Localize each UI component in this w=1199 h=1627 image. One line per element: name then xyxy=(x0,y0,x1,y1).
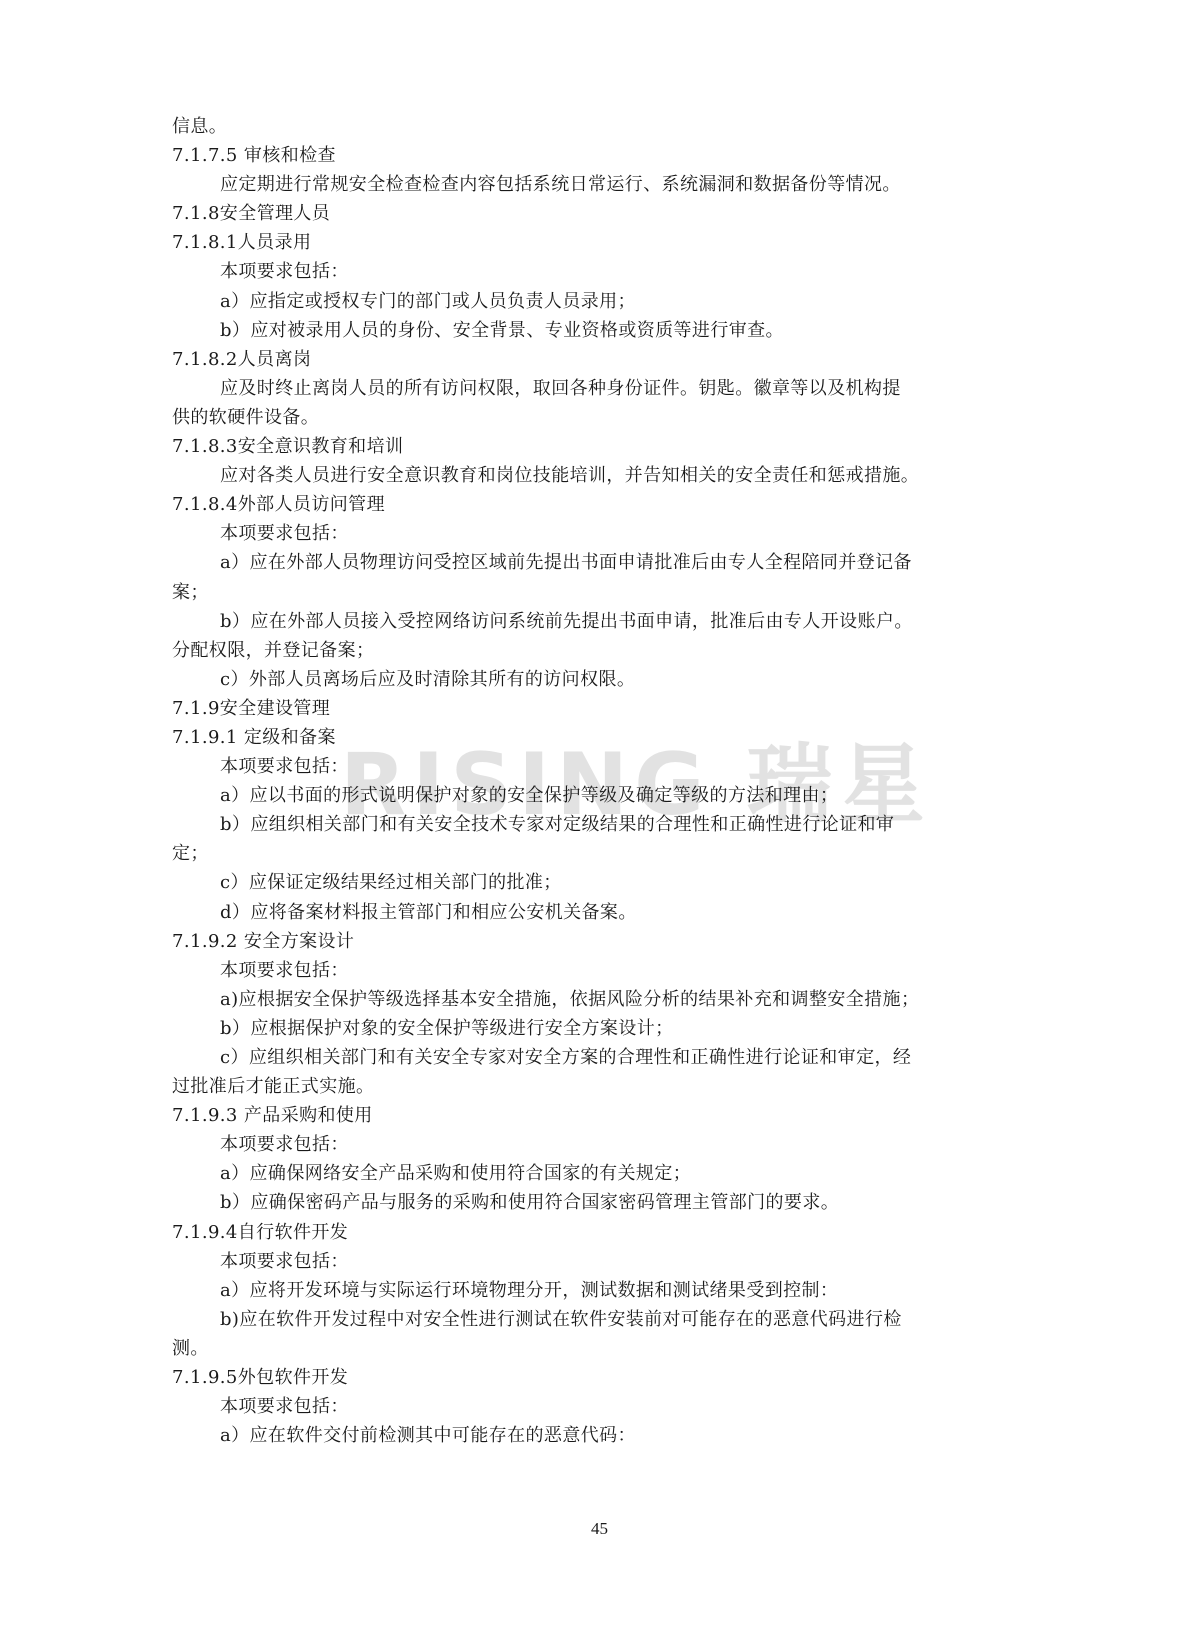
list-item: b）应对被录用人员的身份、安全背景、专业资格或资质等进行审查。 xyxy=(172,316,992,345)
paragraph: 本项要求包括： xyxy=(172,519,992,548)
paragraph: 本项要求包括： xyxy=(172,752,992,781)
section-heading-7-1-9-3: 7.1.9.3 产品采购和使用 xyxy=(172,1101,992,1130)
list-item: b）应根据保护对象的安全保护等级进行安全方案设计； xyxy=(172,1014,992,1043)
list-item: a）应在外部人员物理访问受控区域前先提出书面申请批准后由专人全程陪同并登记备 xyxy=(172,548,992,577)
section-heading-7-1-8-1: 7.1.8.1人员录用 xyxy=(172,228,992,257)
document-page: RISING 瑞星 信息。 7.1.7.5 审核和检查 应定期进行常规安全检查检… xyxy=(0,0,1199,1627)
continuation-line: 供的软硬件设备。 xyxy=(172,403,992,432)
paragraph: 本项要求包括： xyxy=(172,257,992,286)
list-item: a)应根据安全保护等级选择基本安全措施，依据风险分析的结果补充和调整安全措施； xyxy=(172,985,992,1014)
paragraph: 应对各类人员进行安全意识教育和岗位技能培训，并告知相关的安全责任和惩戒措施。 xyxy=(172,461,992,490)
list-item: b）应组织相关部门和有关安全技术专家对定级结果的合理性和正确性进行论证和审 xyxy=(172,810,992,839)
section-heading-7-1-9-5: 7.1.9.5外包软件开发 xyxy=(172,1363,992,1392)
list-item: c）应保证定级结果经过相关部门的批准； xyxy=(172,868,992,897)
list-item: a）应指定或授权专门的部门或人员负责人员录用； xyxy=(172,287,992,316)
section-heading-7-1-9-4: 7.1.9.4自行软件开发 xyxy=(172,1218,992,1247)
paragraph: 本项要求包括： xyxy=(172,1392,992,1421)
section-heading-7-1-8-3: 7.1.8.3安全意识教育和培训 xyxy=(172,432,992,461)
continuation-line: 案； xyxy=(172,578,992,607)
document-body: 信息。 7.1.7.5 审核和检查 应定期进行常规安全检查检查内容包括系统日常运… xyxy=(172,112,992,1450)
paragraph: 本项要求包括： xyxy=(172,1130,992,1159)
list-item: b)应在软件开发过程中对安全性进行测试在软件安装前对可能存在的恶意代码进行检 xyxy=(172,1305,992,1334)
paragraph: 应定期进行常规安全检查检查内容包括系统日常运行、系统漏洞和数据备份等情况。 xyxy=(172,170,992,199)
list-item: c）外部人员离场后应及时清除其所有的访问权限。 xyxy=(172,665,992,694)
list-item: d）应将备案材料报主管部门和相应公安机关备案。 xyxy=(172,898,992,927)
continuation-line: 过批准后才能正式实施。 xyxy=(172,1072,992,1101)
section-heading-7-1-9-2: 7.1.9.2 安全方案设计 xyxy=(172,927,992,956)
continuation-line: 定； xyxy=(172,839,992,868)
page-number: 45 xyxy=(0,1519,1199,1539)
section-heading-7-1-8-4: 7.1.8.4外部人员访问管理 xyxy=(172,490,992,519)
list-item: a）应将开发环境与实际运行环境物理分开，测试数据和测试绪果受到控制： xyxy=(172,1276,992,1305)
paragraph: 本项要求包括： xyxy=(172,956,992,985)
section-heading-7-1-8-2: 7.1.8.2人员离岗 xyxy=(172,345,992,374)
continuation-line: 信息。 xyxy=(172,112,992,141)
section-heading-7-1-7-5: 7.1.7.5 审核和检查 xyxy=(172,141,992,170)
paragraph: 应及时终止离岗人员的所有访问权限，取回各种身份证件。钥匙。徽章等以及机构提 xyxy=(172,374,992,403)
continuation-line: 测。 xyxy=(172,1334,992,1363)
paragraph: 本项要求包括： xyxy=(172,1247,992,1276)
section-heading-7-1-9-1: 7.1.9.1 定级和备案 xyxy=(172,723,992,752)
section-heading-7-1-9: 7.1.9安全建设管理 xyxy=(172,694,992,723)
list-item: b）应在外部人员接入受控网络访问系统前先提出书面申请，批准后由专人开设账户。 xyxy=(172,607,992,636)
list-item: c）应组织相关部门和有关安全专家对安全方案的合理性和正确性进行论证和审定，经 xyxy=(172,1043,992,1072)
list-item: b）应确保密码产品与服务的采购和使用符合国家密码管理主管部门的要求。 xyxy=(172,1188,992,1217)
continuation-line: 分配权限，并登记备案； xyxy=(172,636,992,665)
list-item: a）应确保网络安全产品采购和使用符合国家的有关规定； xyxy=(172,1159,992,1188)
list-item: a）应以书面的形式说明保护对象的安全保护等级及确定等级的方法和理由； xyxy=(172,781,992,810)
list-item: a）应在软件交付前检测其中可能存在的恶意代码： xyxy=(172,1421,992,1450)
section-heading-7-1-8: 7.1.8安全管理人员 xyxy=(172,199,992,228)
